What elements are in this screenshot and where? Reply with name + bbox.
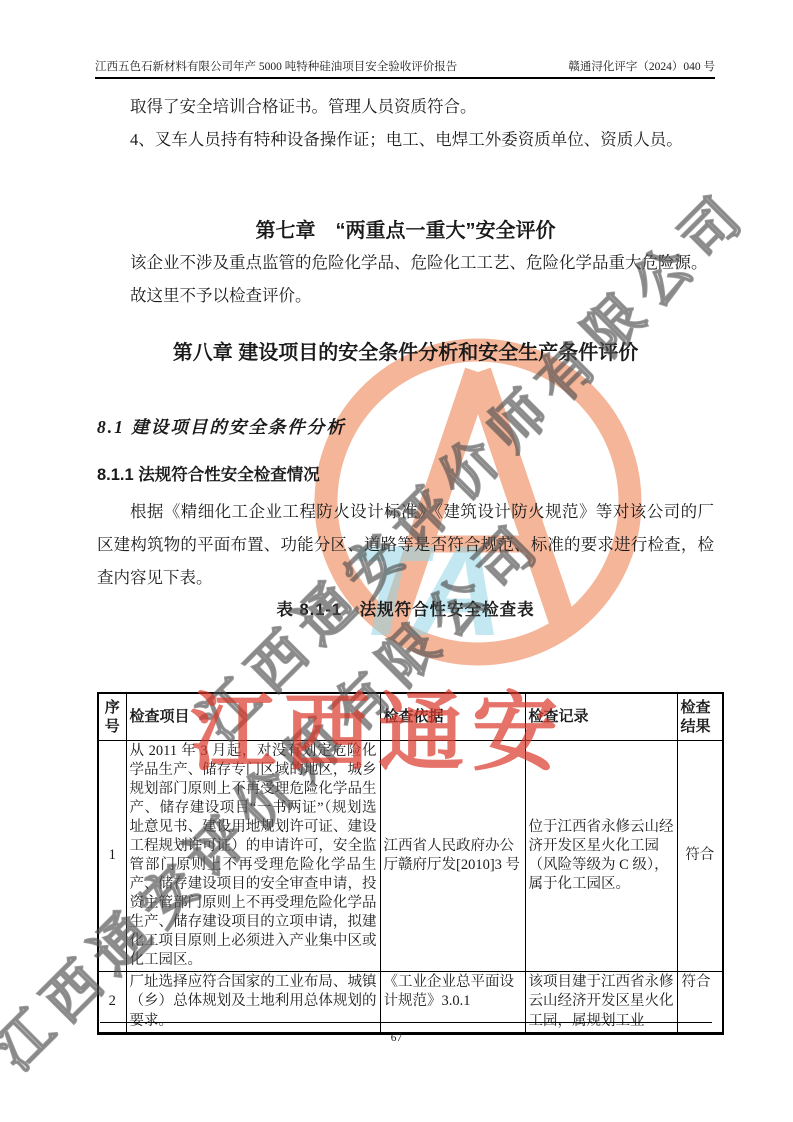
table-caption: 表 8.1-1 法规符合性安全检查表: [97, 596, 714, 620]
paragraph-forklift: 4、叉车人员持有特种设备操作证；电工、电焊工外委资质单位、资质人员。: [97, 123, 714, 156]
compliance-check-table: 序号 检查项目 检查依据 检查记录 检查结果 1 从 2011 年 3 月起，对…: [97, 692, 724, 1035]
header-report-title: 江西五色石新材料有限公司年产 5000 吨特种硅油项目安全验收评价报告: [95, 58, 457, 74]
paragraph-not-involved: 该企业不涉及重点监管的危险化学品、危险化工工艺、危险化学品重大危险源。: [97, 246, 714, 279]
cell-basis: 江西省人民政府办公厅赣府厅发[2010]3 号: [380, 740, 525, 971]
cell-record: 位于江西省永修云山经济开发区星火化工园（风险等级为 C 级），属于化工园区。: [525, 740, 677, 971]
table-row: 2 厂址选择应符合国家的工业布局、城镇（乡）总体规划及土地利用总体规划的要求。 …: [98, 971, 723, 1034]
footer-divider: [100, 1022, 712, 1023]
paragraph-certificates: 取得了安全培训合格证书。管理人员资质符合。: [97, 90, 714, 123]
cell-seq: 1: [98, 740, 126, 971]
cell-basis: 《工业企业总平面设计规范》3.0.1: [380, 971, 525, 1034]
paragraph-no-check: 故这里不予以检查评价。: [97, 279, 714, 312]
col-header-result: 检查结果: [677, 693, 723, 740]
col-header-basis: 检查依据: [380, 693, 525, 740]
content-layer: 江西五色石新材料有限公司年产 5000 吨特种硅油项目安全验收评价报告 赣通浔化…: [0, 0, 793, 1122]
table-header-row: 序号 检查项目 检查依据 检查记录 检查结果: [98, 693, 723, 740]
col-header-item: 检查项目: [126, 693, 380, 740]
body-column: 取得了安全培训合格证书。管理人员资质符合。 4、叉车人员持有特种设备操作证；电工…: [97, 90, 714, 620]
cell-record: 该项目建于江西省永修云山经济开发区星火化工园，属规划工业: [525, 971, 677, 1034]
section-8-1-1-title: 8.1.1 法规符合性安全检查情况: [97, 461, 714, 485]
table-row: 1 从 2011 年 3 月起，对没有划定危险化学品生产、储存专门区域的地区，城…: [98, 740, 723, 971]
col-header-record: 检查记录: [525, 693, 677, 740]
col-header-seq: 序号: [98, 693, 126, 740]
cell-item: 厂址选择应符合国家的工业布局、城镇（乡）总体规划及土地利用总体规划的要求。: [126, 971, 380, 1034]
cell-result: 符合: [677, 740, 723, 971]
cell-seq: 2: [98, 971, 126, 1034]
document-page: TA 江西五色石新材料有限公司年产 5000 吨特种硅油项目安全验收评价报告 赣…: [0, 0, 793, 1122]
cell-result: 符合: [677, 971, 723, 1034]
section-8-1-title: 8.1 建设项目的安全条件分析: [97, 414, 714, 439]
chapter8-title: 第八章 建设项目的安全条件分析和安全生产条件评价: [97, 338, 714, 368]
chapter7-title: 第七章 “两重点一重大”安全评价: [97, 216, 714, 246]
page-number: 67: [0, 1032, 793, 1044]
page-header: 江西五色石新材料有限公司年产 5000 吨特种硅油项目安全验收评价报告 赣通浔化…: [95, 58, 715, 79]
cell-item: 从 2011 年 3 月起，对没有划定危险化学品生产、储存专门区域的地区，城乡规…: [126, 740, 380, 971]
paragraph-check-basis: 根据《精细化工企业工程防火设计标准》《建筑设计防火规范》等对该公司的厂区建构筑物…: [97, 495, 714, 594]
header-doc-number: 赣通浔化评字（2024）040 号: [568, 58, 715, 74]
